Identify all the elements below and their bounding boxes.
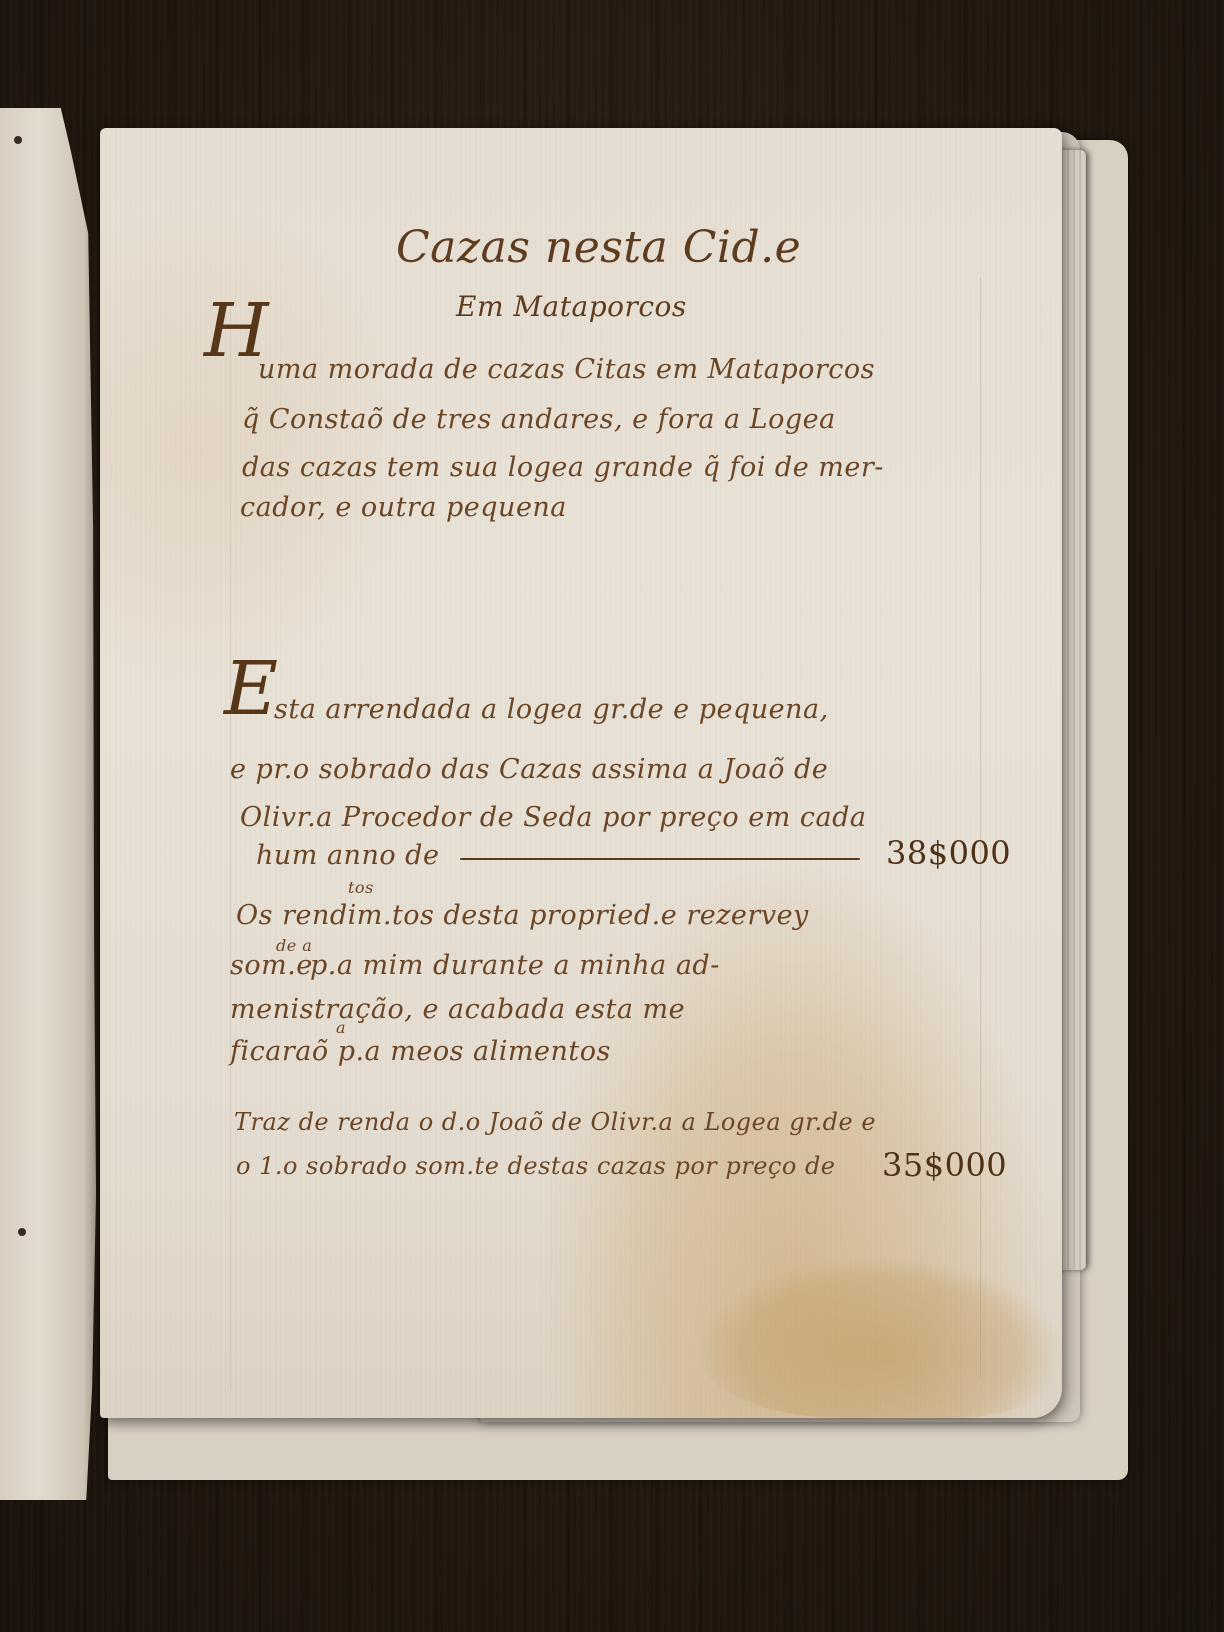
entry-line: Os rendim.tos desta propried.e rezervey <box>236 900 809 931</box>
amount-value: 35$000 <box>882 1146 1007 1184</box>
entry-line: ficaraõ p.a meos alimentos <box>230 1036 611 1067</box>
entry-line: hum anno de <box>256 840 439 871</box>
entry-line: cador, e outra pequena <box>240 492 567 523</box>
ledger-rule <box>460 858 860 860</box>
manuscript-page: Cazas nesta Cid.e Em Mataporcos H uma mo… <box>100 128 1062 1418</box>
fold-crease <box>980 278 981 1378</box>
entry-line-prefix: som.e <box>230 950 313 981</box>
interlinear-note: a <box>336 1018 346 1037</box>
entry-line: p.a mim durante a minha ad- <box>310 950 720 981</box>
interlinear-note: tos <box>348 878 374 897</box>
entry-line: o 1.o sobrado som.te destas cazas por pr… <box>236 1152 836 1180</box>
page-subtitle: Em Mataporcos <box>456 290 687 323</box>
water-stain <box>700 1258 1060 1418</box>
page-title: Cazas nesta Cid.e <box>396 222 801 273</box>
entry-line: e pr.o sobrado das Cazas assima a Joaõ d… <box>230 754 828 785</box>
amount-value: 38$000 <box>886 834 1011 872</box>
paper-spot <box>18 1228 26 1236</box>
entry-line: Traz de renda o d.o Joaõ de Olivr.a a Lo… <box>234 1108 876 1136</box>
paper-spot <box>14 136 22 144</box>
dropcap: E <box>224 646 278 732</box>
entry-line: Olivr.a Procedor de Seda por preço em ca… <box>240 802 867 833</box>
margin-crease <box>230 308 231 1388</box>
entry-line: uma morada de cazas Citas em Mataporcos <box>258 354 875 385</box>
entry-line: q̃ Constaõ de tres andares, e fora a Log… <box>242 404 836 435</box>
facing-page-fragment <box>0 108 98 1500</box>
entry-line: das cazas tem sua logea grande q̃ foi de… <box>242 452 884 483</box>
entry-line: menistração, e acabada esta me <box>230 994 685 1025</box>
entry-line: sta arrendada a logea gr.de e pequena, <box>274 694 829 725</box>
